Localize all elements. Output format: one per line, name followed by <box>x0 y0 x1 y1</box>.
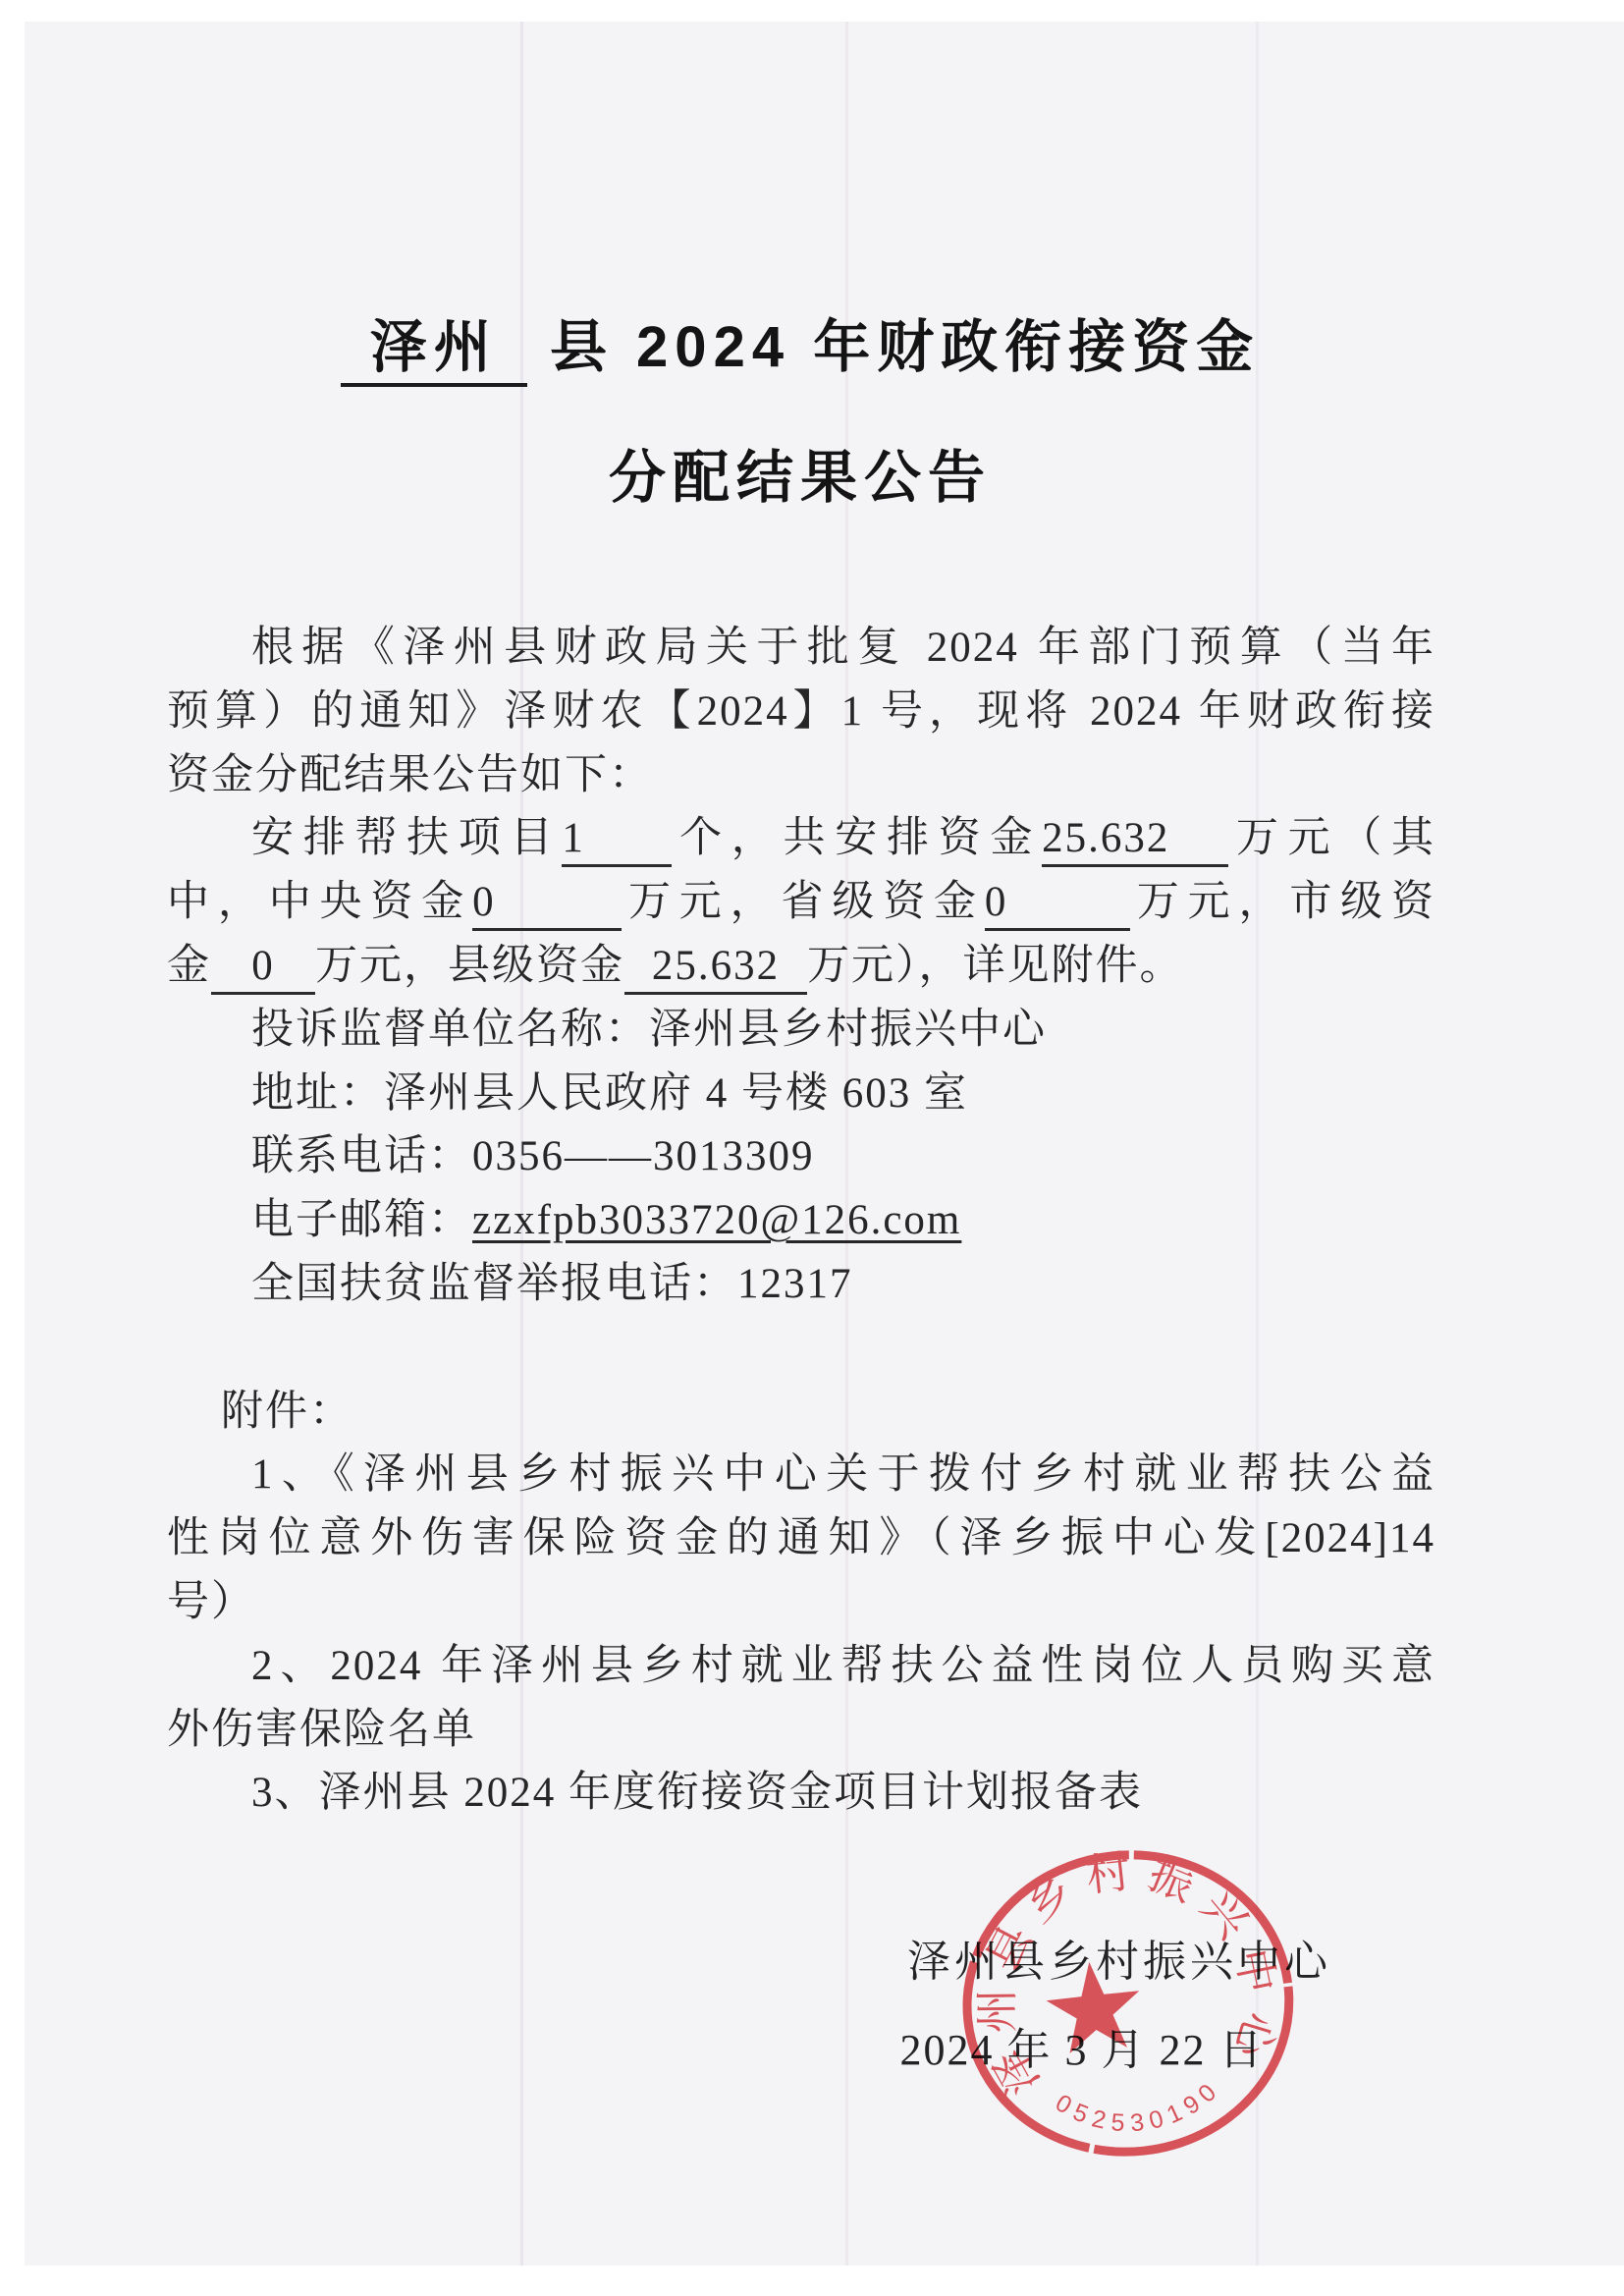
seal-arc-text: 泽州县乡村振兴中心 <box>954 1831 1294 2106</box>
body-lines: 根据《泽州县财政局关于批复 2024 年部门预算（当年预算）的通知》泽财农【20… <box>167 617 1435 1826</box>
body-line: 资金分配结果公告如下： <box>167 744 1435 808</box>
filled-blank-value: 0 <box>985 877 1130 931</box>
document-title-line2: 分配结果公告 <box>167 440 1434 517</box>
filled-blank-value: 25.632 <box>624 941 807 995</box>
document-title-line1: 泽州 县 2024 年财政衔接资金 <box>167 309 1434 386</box>
scanned-document: { "document": { "title": { "underlined_p… <box>0 0 1624 2296</box>
body-line: 中，中央资金0万元，省级资金0万元，市级资 <box>167 871 1435 935</box>
seal-star-icon <box>1043 1957 1145 2055</box>
body-line: 电子邮箱：zzxfpb3033720@126.com <box>167 1189 1435 1253</box>
body-line: 性岗位意外伤害保险资金的通知》（泽乡振中心发[2024]14 <box>167 1507 1435 1571</box>
seal-graphic: 泽州县乡村振兴中心 1405253019042 <box>940 1824 1318 2186</box>
filled-blank-value: 25.632 <box>1042 813 1228 867</box>
body-line: 全国扶贫监督举报电话：12317 <box>167 1253 1435 1317</box>
body-line: 号） <box>167 1571 1435 1635</box>
blank-line <box>167 1317 1435 1381</box>
filled-blank-value: 0 <box>211 941 315 995</box>
title-underlined-county: 泽州 <box>341 315 527 387</box>
email-address: zzxfpb3033720@126.com <box>472 1197 961 1243</box>
body-line: 联系电话：0356——3013309 <box>167 1125 1435 1189</box>
body-line: 外伤害保险名单 <box>167 1699 1435 1763</box>
body-line: 预算）的通知》泽财农【2024】1 号，现将 2024 年财政衔接 <box>167 681 1435 744</box>
filled-blank-value: 0 <box>472 877 622 931</box>
title-line1-rest: 县 2024 年财政衔接资金 <box>527 315 1260 379</box>
body-line: 安排帮扶项目1个，共安排资金25.632万元（其 <box>167 807 1435 871</box>
body-line: 附件： <box>167 1381 1435 1445</box>
body-line: 2、2024 年泽州县乡村就业帮扶公益性岗位人员购买意 <box>167 1635 1435 1699</box>
body-line: 根据《泽州县财政局关于批复 2024 年部门预算（当年 <box>167 617 1435 681</box>
body-line: 地址：泽州县人民政府 4 号楼 603 室 <box>167 1063 1435 1126</box>
body-line: 投诉监督单位名称：泽州县乡村振兴中心 <box>167 999 1435 1063</box>
official-seal-stamp: 泽州县乡村振兴中心 1405253019042 <box>940 1824 1318 2186</box>
filled-blank-value: 1 <box>562 813 672 867</box>
body-line: 金0万元，县级资金25.632万元），详见附件。 <box>167 935 1435 999</box>
body-line: 1、《泽州县乡村振兴中心关于拨付乡村就业帮扶公益 <box>167 1444 1435 1507</box>
body-line: 3、泽州县 2024 年度衔接资金项目计划报备表 <box>167 1762 1435 1826</box>
